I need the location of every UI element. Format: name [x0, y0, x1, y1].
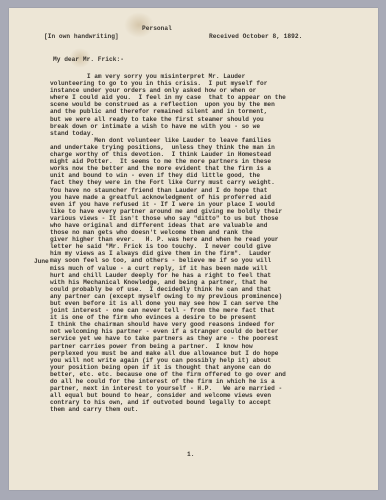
- text-line: do all he could for the interest of the …: [50, 378, 286, 385]
- text-line: you will not write again (if you can pos…: [50, 357, 286, 364]
- text-line: break down or intimate a wish to have me…: [50, 123, 286, 130]
- text-line: but we were all ready to take the first …: [50, 116, 286, 123]
- text-line: any partner can (except myself owing to …: [50, 293, 286, 300]
- text-line: contrary to his own, and if outvoted bou…: [50, 399, 286, 406]
- page-number: 1.: [187, 451, 194, 459]
- text-line: even if you have refused it - If I were …: [50, 201, 286, 208]
- text-line: giver higher than ever. H. P. was here a…: [50, 236, 286, 243]
- text-line: all equal but bound to hear, consider an…: [50, 392, 286, 399]
- text-line: might aid Potter. It seems to me the mor…: [50, 158, 286, 165]
- received-date: Received October 8, 1892.: [209, 33, 302, 41]
- text-line: charge worthy of this devotion. I think …: [50, 151, 286, 158]
- text-line: Men dont volunteer like Lauder to leave …: [50, 137, 286, 144]
- text-line: volunteering to go to you in this crisis…: [50, 80, 286, 87]
- letter-body: I am very sorry you misinterpret Mr. Lau…: [50, 73, 286, 414]
- text-line: miss much of value - a curt reply, if it…: [50, 265, 286, 272]
- text-line: various views - It isn't those who say "…: [50, 215, 286, 222]
- text-line: instance under your orders and only aske…: [50, 87, 286, 94]
- text-line: joint interest - one can never tell - fr…: [50, 307, 286, 314]
- text-line: could probably be of use. I decidedly th…: [50, 286, 286, 293]
- text-line: them and carry them out.: [50, 406, 286, 413]
- text-line: service yet we have to take partners as …: [50, 335, 286, 342]
- text-line: I think the chairman should have very go…: [50, 321, 286, 328]
- text-line: your position being open if it is though…: [50, 364, 286, 371]
- text-line: partner, next in interest to yourself - …: [50, 385, 286, 392]
- text-line: but even before it is all done you may s…: [50, 300, 286, 307]
- text-line: fact they they were in the Fort like Cur…: [50, 179, 286, 186]
- text-line: with his Mechanical Knowledge, and being…: [50, 279, 286, 286]
- text-line: You have no stauncher friend than Lauder…: [50, 187, 286, 194]
- text-line: stand today.: [50, 130, 286, 137]
- text-line: him my views as I always did give them i…: [50, 250, 286, 257]
- text-line: letter he said "Mr. Frick is too touchy.…: [50, 243, 286, 250]
- personal-label: Personal: [142, 25, 172, 33]
- text-line: and undertake trying positions, unless t…: [50, 144, 286, 151]
- text-line: hurt and chill Lauder deeply for he has …: [50, 272, 286, 279]
- text-line: better, etc. etc. because one of the fir…: [50, 371, 286, 378]
- text-line: like to have every partner around me and…: [50, 208, 286, 215]
- text-line: I am very sorry you misinterpret Mr. Lau…: [50, 73, 286, 80]
- salutation: My dear Mr. Frick:-: [53, 56, 124, 64]
- handwriting-note: [In own handwriting]: [44, 33, 119, 41]
- text-line: who have original and different ideas th…: [50, 222, 286, 229]
- text-line: where I could aid you. I feel in my case…: [50, 94, 286, 101]
- text-line: unit and bound to win - even if they did…: [50, 172, 286, 179]
- text-line: scene would be construed as a reflection…: [50, 101, 286, 108]
- text-line: partner carries power from being a partn…: [50, 343, 286, 350]
- text-line: those no man gets who doesn't welcome th…: [50, 229, 286, 236]
- text-line: not welcoming his partner - even if a st…: [50, 328, 286, 335]
- text-line: you have made a greatful acknowledgment …: [50, 194, 286, 201]
- text-line: works now the better and the more eviden…: [50, 165, 286, 172]
- text-line: perplexed you must be and make all due a…: [50, 350, 286, 357]
- text-line: it is one of the firm who evinces a desi…: [50, 314, 286, 321]
- margin-note: June: [34, 258, 49, 265]
- text-line: and the public and therefor remained sil…: [50, 108, 286, 115]
- text-line: may soon feel so too, and others - belie…: [50, 257, 286, 264]
